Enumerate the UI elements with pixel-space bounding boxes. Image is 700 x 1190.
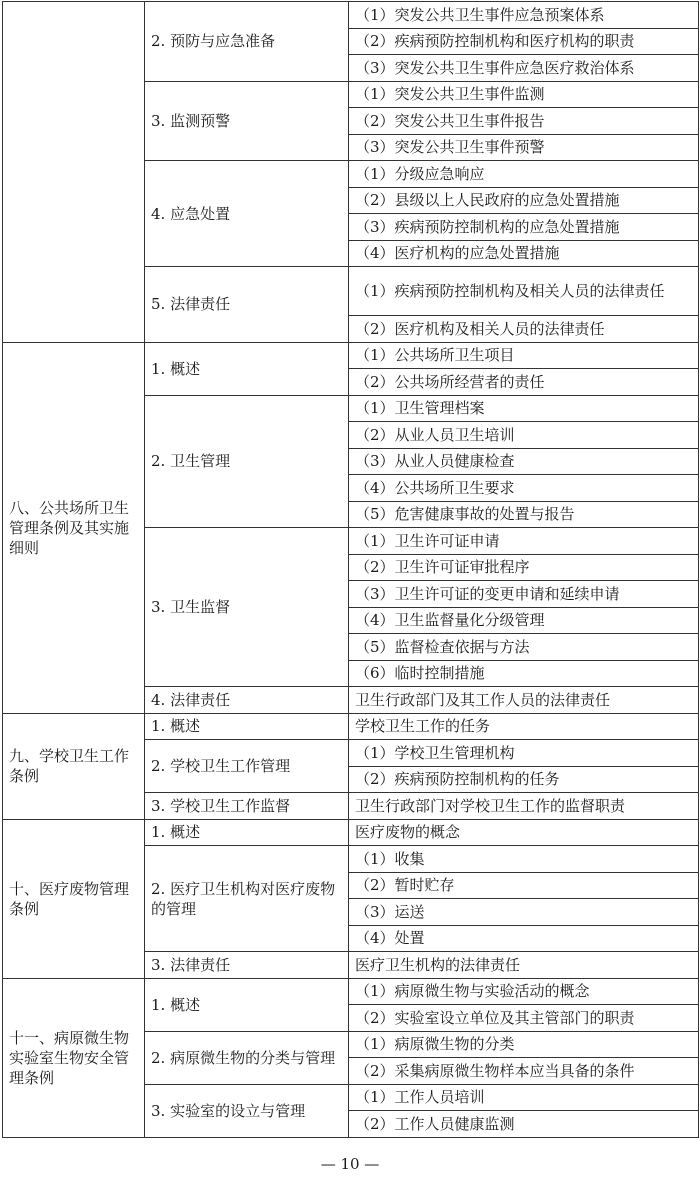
item-detail: （1）卫生管理档案 bbox=[349, 395, 699, 422]
item-detail: （2）医疗机构及相关人员的法律责任 bbox=[349, 316, 699, 343]
table-row: 十、医疗废物管理条例1. 概述医疗废物的概念 bbox=[3, 819, 699, 846]
item-detail: （1）学校卫生管理机构 bbox=[349, 740, 699, 767]
item-detail: （2）卫生许可证审批程序 bbox=[349, 554, 699, 581]
item-detail: （1）疾病预防控制机构及相关人员的法律责任 bbox=[349, 267, 699, 316]
subtopic-label: 2. 病原微生物的分类与管理 bbox=[145, 1031, 349, 1084]
subtopic-label: 1. 概述 bbox=[145, 713, 349, 740]
item-detail: 医疗卫生机构的法律责任 bbox=[349, 952, 699, 979]
item-detail: （3）突发公共卫生事件应急医疗救治体系 bbox=[349, 55, 699, 82]
item-detail: （2）县级以上人民政府的应急处置措施 bbox=[349, 187, 699, 214]
item-detail: （2）工作人员健康监测 bbox=[349, 1111, 699, 1138]
item-detail: （4）卫生监督量化分级管理 bbox=[349, 607, 699, 634]
subtopic-label: 3. 卫生监督 bbox=[145, 528, 349, 687]
item-detail: （3）卫生许可证的变更申请和延续申请 bbox=[349, 581, 699, 608]
table-row: 九、学校卫生工作条例1. 概述学校卫生工作的任务 bbox=[3, 713, 699, 740]
subtopic-label: 1. 概述 bbox=[145, 342, 349, 395]
section-topic bbox=[3, 2, 145, 343]
item-detail: （2）疾病预防控制机构的任务 bbox=[349, 766, 699, 793]
subtopic-label: 1. 概述 bbox=[145, 819, 349, 846]
table-row: 十一、病原微生物实验室生物安全管理条例1. 概述（1）病原微生物与实验活动的概念 bbox=[3, 978, 699, 1005]
section-topic: 十一、病原微生物实验室生物安全管理条例 bbox=[3, 978, 145, 1137]
subtopic-label: 4. 应急处置 bbox=[145, 161, 349, 267]
table-row: 2. 预防与应急准备（1）突发公共卫生事件应急预案体系 bbox=[3, 2, 699, 29]
syllabus-table: 2. 预防与应急准备（1）突发公共卫生事件应急预案体系（2）疾病预防控制机构和医… bbox=[2, 1, 699, 1138]
subtopic-label: 1. 概述 bbox=[145, 978, 349, 1031]
page-number: — 10 — bbox=[0, 1155, 700, 1173]
item-detail: （1）工作人员培训 bbox=[349, 1084, 699, 1111]
item-detail: （3）突发公共卫生事件预警 bbox=[349, 134, 699, 161]
section-topic: 八、公共场所卫生管理条例及其实施细则 bbox=[3, 342, 145, 713]
item-detail: （1）病原微生物的分类 bbox=[349, 1031, 699, 1058]
item-detail: 卫生行政部门对学校卫生工作的监督职责 bbox=[349, 793, 699, 820]
item-detail: 卫生行政部门及其工作人员的法律责任 bbox=[349, 687, 699, 714]
item-detail: （1）收集 bbox=[349, 846, 699, 873]
section-topic: 十、医疗废物管理条例 bbox=[3, 819, 145, 978]
item-detail: （1）分级应急响应 bbox=[349, 161, 699, 188]
item-detail: （5）危害健康事故的处置与报告 bbox=[349, 501, 699, 528]
item-detail: （4）处置 bbox=[349, 925, 699, 952]
subtopic-label: 3. 学校卫生工作监督 bbox=[145, 793, 349, 820]
subtopic-label: 4. 法律责任 bbox=[145, 687, 349, 714]
item-detail: （2）疾病预防控制机构和医疗机构的职责 bbox=[349, 28, 699, 55]
item-detail: （2）突发公共卫生事件报告 bbox=[349, 108, 699, 135]
item-detail: （1）公共场所卫生项目 bbox=[349, 342, 699, 369]
item-detail: （2）暂时贮存 bbox=[349, 872, 699, 899]
item-detail: （3）从业人员健康检查 bbox=[349, 448, 699, 475]
item-detail: （1）卫生许可证申请 bbox=[349, 528, 699, 555]
table-row: 八、公共场所卫生管理条例及其实施细则1. 概述（1）公共场所卫生项目 bbox=[3, 342, 699, 369]
item-detail: 学校卫生工作的任务 bbox=[349, 713, 699, 740]
subtopic-label: 5. 法律责任 bbox=[145, 267, 349, 343]
item-detail: （2）公共场所经营者的责任 bbox=[349, 369, 699, 396]
item-detail: （2）采集病原微生物样本应当具备的条件 bbox=[349, 1058, 699, 1085]
subtopic-label: 2. 预防与应急准备 bbox=[145, 2, 349, 82]
item-detail: （4）医疗机构的应急处置措施 bbox=[349, 240, 699, 267]
item-detail: （1）突发公共卫生事件应急预案体系 bbox=[349, 2, 699, 29]
item-detail: （2）实验室设立单位及其主管部门的职责 bbox=[349, 1005, 699, 1032]
item-detail: （3）运送 bbox=[349, 899, 699, 926]
item-detail: （3）疾病预防控制机构的应急处置措施 bbox=[349, 214, 699, 241]
item-detail: （5）监督检查依据与方法 bbox=[349, 634, 699, 661]
subtopic-label: 3. 法律责任 bbox=[145, 952, 349, 979]
item-detail: （4）公共场所卫生要求 bbox=[349, 475, 699, 502]
item-detail: （1）病原微生物与实验活动的概念 bbox=[349, 978, 699, 1005]
item-detail: （1）突发公共卫生事件监测 bbox=[349, 81, 699, 108]
item-detail: 医疗废物的概念 bbox=[349, 819, 699, 846]
subtopic-label: 2. 医疗卫生机构对医疗废物的管理 bbox=[145, 846, 349, 952]
subtopic-label: 3. 实验室的设立与管理 bbox=[145, 1084, 349, 1137]
subtopic-label: 2. 学校卫生工作管理 bbox=[145, 740, 349, 793]
item-detail: （2）从业人员卫生培训 bbox=[349, 422, 699, 449]
subtopic-label: 3. 监测预警 bbox=[145, 81, 349, 161]
section-topic: 九、学校卫生工作条例 bbox=[3, 713, 145, 819]
item-detail: （6）临时控制措施 bbox=[349, 660, 699, 687]
subtopic-label: 2. 卫生管理 bbox=[145, 395, 349, 528]
